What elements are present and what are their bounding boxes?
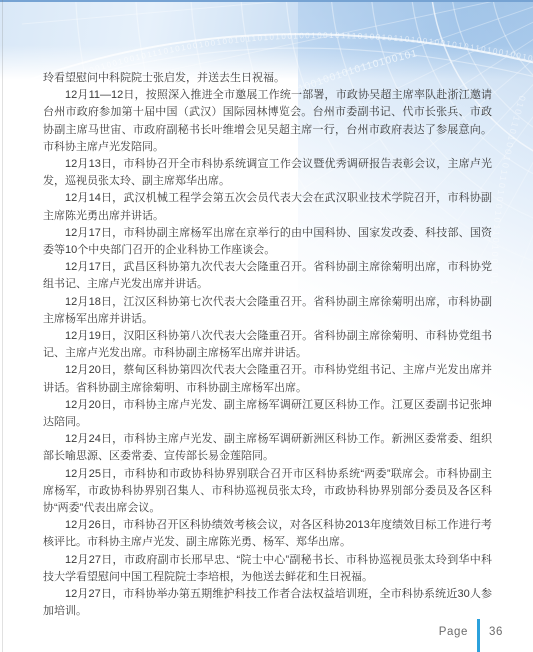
paragraph: 12月17日，武昌区科协第九次代表大会隆重召开。省科协副主席徐菊明出席，市科协党… bbox=[43, 259, 492, 293]
paragraph: 12月19日，汉阳区科协第八次代表大会隆重召开。省科协副主席徐菊明、市科协党组书… bbox=[43, 328, 492, 362]
paragraph: 12月13日，市科协召开全市科协系统调宣工作会议暨优秀调研报告表彰会议，主席卢光… bbox=[43, 156, 492, 190]
paragraph: 12月20日，市科协主席卢光发、副主席杨军调研江夏区科协工作。江夏区委副书记张坤… bbox=[43, 397, 492, 431]
page-left-edge bbox=[2, 0, 3, 652]
document-page: 0010110100100100101101010010010010111010… bbox=[0, 0, 533, 652]
paragraph: 12月17日，市科协副主席杨军出席在京举行的由中国科协、国家发改委、科技部、国资… bbox=[43, 225, 492, 259]
paragraph: 12月14日，武汉机械工程学会第五次会员代表大会在武汉职业技术学院召开，市科协副… bbox=[43, 190, 492, 224]
footer-page-label: Page bbox=[439, 626, 468, 638]
paragraph: 12月27日，市政府副市长邢早忠、“院士中心”副秘书长、市科协巡视员张太玲到华中… bbox=[43, 552, 492, 586]
paragraph: 12月11—12日，按照深入推进全市邀展工作统一部署，市政协吴超主席率队赴浙江邀… bbox=[43, 87, 492, 156]
paragraph: 12月25日，市科协和市政协科协界别联合召开市区科协系统“两委”联席会。市科协副… bbox=[43, 466, 492, 518]
document-body: 玲看望慰问中科院院士张启发，并送去生日祝福。 12月11—12日，按照深入推进全… bbox=[43, 70, 492, 621]
paragraph: 12月27日，市科协举办第五期维护科技工作者合法权益培训班，全市科协系统近30人… bbox=[43, 586, 492, 620]
footer-divider-bar bbox=[477, 619, 480, 652]
paragraph: 12月20日，蔡甸区科协第四次代表大会隆重召开。市科协党组书记、主席卢光发出席并… bbox=[43, 362, 492, 396]
page-footer: Page 36 bbox=[439, 619, 503, 652]
page-top-border bbox=[0, 0, 533, 2]
paragraph: 12月18日，江汉区科协第七次代表大会隆重召开。省科协副主席徐菊明出席，市科协副… bbox=[43, 294, 492, 328]
paragraph: 12月26日，市科协召开区科协绩效考核会议，对各区科协2013年度绩效目标工作进… bbox=[43, 517, 492, 551]
paragraph: 12月24日，市科协主席卢光发、副主席杨军调研新洲区科协工作。新洲区委常委、组织… bbox=[43, 431, 492, 465]
paragraph-continuation: 玲看望慰问中科院院士张启发，并送去生日祝福。 bbox=[43, 70, 492, 87]
footer-page-number: 36 bbox=[489, 626, 503, 638]
